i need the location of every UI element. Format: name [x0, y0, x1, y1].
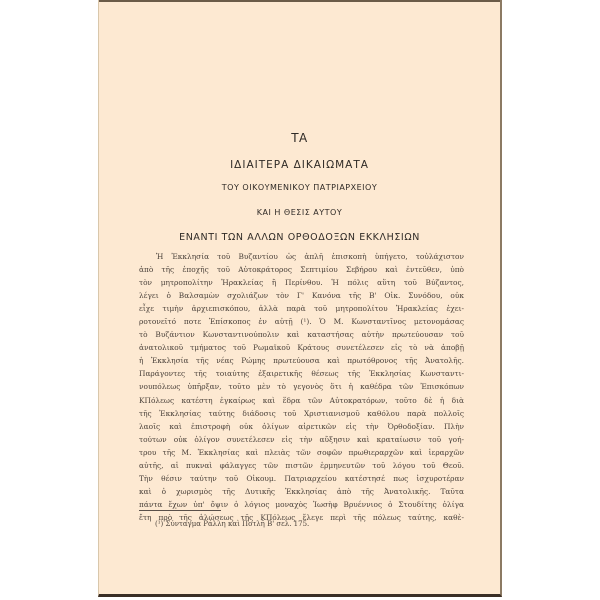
- title-subtitle-2: ΚΑΙ Η ΘΕΣΙΣ ΑΥΤΟΥ: [99, 208, 500, 217]
- footnote-separator: [139, 510, 221, 511]
- body-line: τούτων οὐκ ὀλίγον συνετέλεσεν εἰς τὴν αὔ…: [139, 433, 464, 446]
- body-line: λέγει ὁ Βαλσαμὼν σχολιάζων τὸν Γ' Κανόνα…: [139, 289, 464, 302]
- body-line: Παράγοντες τῆς τοιαύτης ἐξαιρετικῆς θέσε…: [139, 367, 464, 380]
- title-subtitle-1: ΤΟΥ ΟΙΚΟΥΜΕΝΙΚΟΥ ΠΑΤΡΙΑΡΧΕΙΟΥ: [99, 183, 500, 192]
- body-paragraph: Ἡ Ἐκκλησία τοῦ Βυζαντίου ὡς ἁπλῆ ἐπισκοπ…: [139, 250, 464, 524]
- body-line: τὸ Βυζάντιον Κωνσταντινούπολιν καὶ κατασ…: [139, 328, 464, 341]
- body-line: Ἡ Ἐκκλησία τοῦ Βυζαντίου ὡς ἁπλῆ ἐπισκοπ…: [139, 250, 464, 263]
- body-line: τρου τῆς Μ. Ἐκκλησίας καὶ πλειὰς τῶν σοφ…: [139, 446, 464, 459]
- body-line: ἡ Ἐκκλησία τῆς νέας Ρώμης πρωτεύουσα καὶ…: [139, 354, 464, 367]
- body-line: ροτονεῖτό ποτε Ἐπίσκοπος ἐν αὐτῇ (¹). Ὁ …: [139, 315, 464, 328]
- body-line: τὸν μητροπολίτην Ἡρακλείας ἢ Περίνθου. Ἡ…: [139, 276, 464, 289]
- body-line: πάντα ἔχων ὑπ' ὄψιν ὁ λόγιος μοναχὸς Ἰωσ…: [139, 498, 464, 511]
- page-top-edge: [99, 0, 500, 2]
- body-line: ΚΠόλεως κατέστη ἐγκαίρως καὶ ἕδρα τῶν Αὐ…: [139, 394, 464, 407]
- body-line: εἶχε τιμὴν ἀρχιεπισκόπου, ἀλλὰ παρὰ τοῦ …: [139, 302, 464, 315]
- body-line: καὶ ὁ χωρισμὸς τῆς Δυτικῆς Ἐκκλησίας ἀπὸ…: [139, 485, 464, 498]
- title-article: ΤΑ: [99, 131, 500, 145]
- body-line: αὐτῆς, αἱ πυκναὶ φάλαγγες τῶν πιστῶν ἑρμ…: [139, 459, 464, 472]
- book-page: ΤΑ ΙΔΙΑΙΤΕΡΑ ΔΙΚΑΙΩΜΑΤΑ ΤΟΥ ΟΙΚΟΥΜΕΝΙΚΟΥ…: [98, 0, 502, 597]
- body-line: ἀπὸ τῆς ἐποχῆς τοῦ Αὐτοκράτορος Σεπτιμίο…: [139, 263, 464, 276]
- body-line: ἀνατολικοῦ τμήματος τοῦ Ρωμαϊκοῦ Κράτους…: [139, 341, 464, 354]
- body-line: νουπόλεως ὑπῆρξαν, τοῦτο μὲν τὸ γεγονὸς …: [139, 380, 464, 393]
- body-line: Τὴν θέσιν ταύτην τοῦ Οἰκουμ. Πατριαρχείο…: [139, 472, 464, 485]
- title-main: ΙΔΙΑΙΤΕΡΑ ΔΙΚΑΙΩΜΑΤΑ: [99, 159, 500, 171]
- title-subtitle-3: ΕΝΑΝΤΙ ΤΩΝ ΑΛΛΩΝ ΟΡΘΟΔΟΞΩΝ ΕΚΚΛΗΣΙΩΝ: [99, 232, 500, 243]
- body-line: τῆς Ἐκκλησίας ταύτης διάδοσις τοῦ Χριστι…: [139, 407, 464, 420]
- body-line: λαοῖς καὶ ἐπιστροφὴ οὐκ ὀλίγων αἱρετικῶν…: [139, 420, 464, 433]
- footnote: (¹) Σύνταγμα Ράλλη καὶ Ποτλῆ Β' σελ. 175…: [155, 520, 309, 528]
